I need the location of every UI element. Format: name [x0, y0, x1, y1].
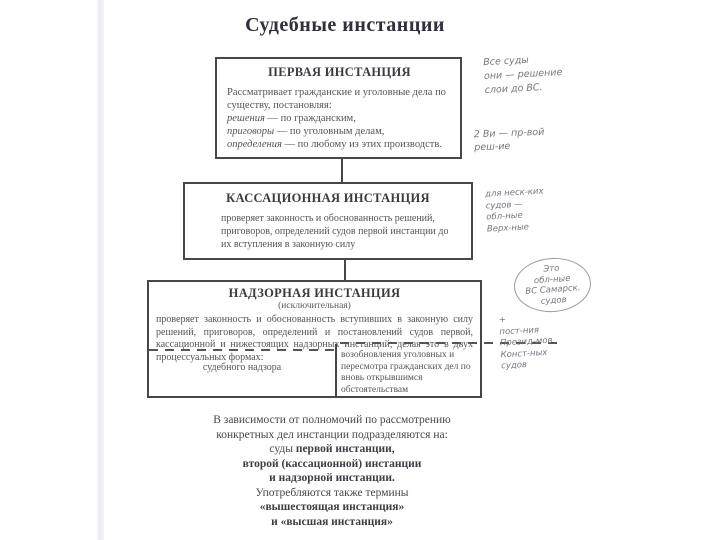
footer-line: и надзорной инстанции.: [158, 471, 506, 486]
handwritten-note-3: для неск-ких судов — обл-ные Верх-ные: [485, 187, 546, 236]
connector-line-2: [344, 259, 346, 281]
box-supervisory-instance-header: НАДЗОРНАЯ ИНСТАНЦИЯ: [149, 286, 480, 301]
footer-line: В зависимости от полномочий по рассмотре…: [158, 413, 506, 428]
handwritten-note-2: 2 Ви — пр-вой реш-ие: [474, 126, 545, 154]
box-first-instance-body: Рассматривает гражданские и уголовные де…: [227, 86, 452, 151]
footer-line: Употребляются также термины: [158, 486, 506, 501]
handwritten-note-1: Все суды они — решение слои до ВС.: [483, 52, 563, 98]
connector-line-1: [341, 159, 343, 183]
instance-item: приговоры — по уголовным делам,: [227, 125, 452, 138]
box-first-instance: ПЕРВАЯ ИНСТАНЦИЯ Рассматривает гражданск…: [215, 57, 462, 159]
supervision-form-cell: судебного надзора: [152, 362, 332, 373]
footer-line: «вышестоящая инстанция»: [158, 500, 506, 515]
footer-line: и «высшая инстанция»: [158, 515, 506, 530]
box-cassation-instance-body: проверяет законность и обоснованность ре…: [193, 212, 461, 251]
dashed-divider-left: [149, 349, 335, 351]
box-supervisory-instance-subtitle: (исключительная): [149, 301, 480, 312]
scanned-slide: Судебные инстанции ПЕРВАЯ ИНСТАНЦИЯ Расс…: [0, 0, 720, 540]
box-first-instance-intro: Рассматривает гражданские и уголовные де…: [227, 87, 446, 111]
footer-line: суды первой инстанции,: [158, 442, 506, 457]
handwritten-note-4-circled: Это обл-ные ВС Самарск. судов: [512, 255, 593, 314]
box-first-instance-header: ПЕРВАЯ ИНСТАНЦИЯ: [227, 65, 452, 80]
footer-line: конкретных дел инстанции подразделяются …: [158, 428, 506, 443]
instance-item: определения — по любому из этих производ…: [227, 138, 452, 151]
box-cassation-instance-header: КАССАЦИОННАЯ ИНСТАНЦИЯ: [193, 191, 463, 206]
page-title: Судебные инстанции: [145, 14, 545, 37]
page-fold-line: [97, 0, 104, 540]
instance-item: решения — по гражданским,: [227, 112, 452, 125]
footer-line: второй (кассационной) инстанции: [158, 457, 506, 472]
review-form-cell: возобновления уголовных и пересмотра гра…: [341, 350, 479, 396]
box-cassation-instance: КАССАЦИОННАЯ ИНСТАНЦИЯ проверяет законно…: [183, 182, 473, 260]
cell-divider-line: [335, 344, 337, 396]
handwritten-note-5: + пост-ния Презид-мов Конст-ных судов: [499, 313, 555, 373]
footer-summary: В зависимости от полномочий по рассмотре…: [158, 413, 506, 529]
